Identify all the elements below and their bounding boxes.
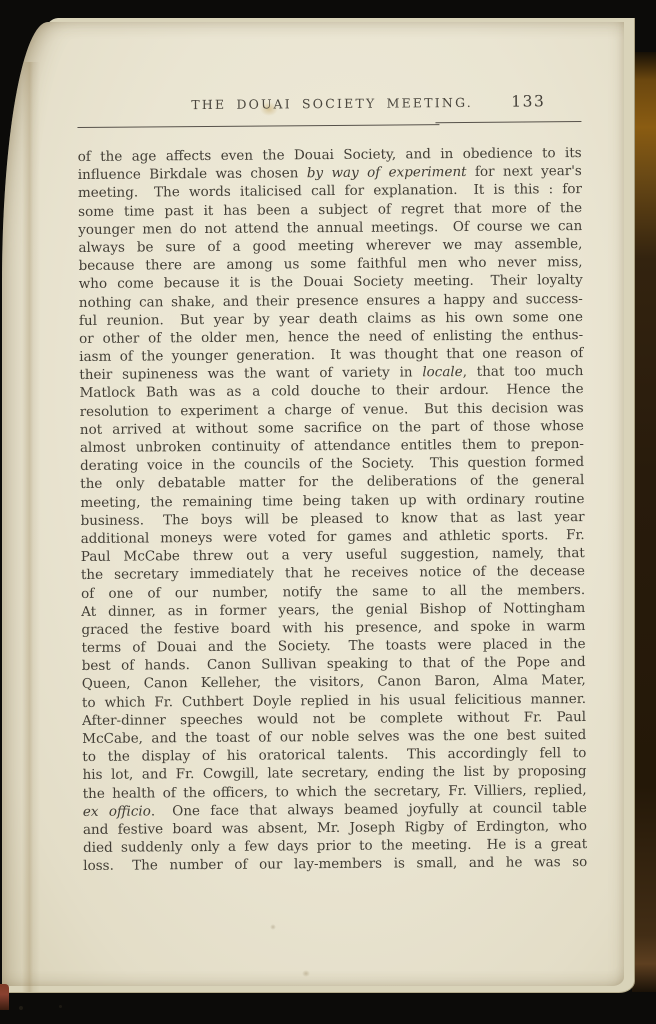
- running-header: THE DOUAI SOCIETY MEETING. 133: [77, 92, 581, 118]
- page-crease: [22, 62, 40, 992]
- binding-corner: [0, 984, 9, 1010]
- page-number: 133: [511, 92, 545, 110]
- page-content: THE DOUAI SOCIETY MEETING. 133 of the ag…: [77, 92, 581, 118]
- page-stain: [270, 924, 276, 930]
- body-text: of the age affects even the Douai Societ…: [78, 144, 588, 875]
- book-photo: THE DOUAI SOCIETY MEETING. 133 of the ag…: [0, 0, 656, 1024]
- book-cover-edge: [632, 52, 656, 992]
- page-stain: [302, 970, 310, 977]
- page-speck: [59, 1005, 62, 1008]
- page-title: THE DOUAI SOCIETY MEETING.: [191, 95, 473, 112]
- page-speck: [19, 1006, 23, 1010]
